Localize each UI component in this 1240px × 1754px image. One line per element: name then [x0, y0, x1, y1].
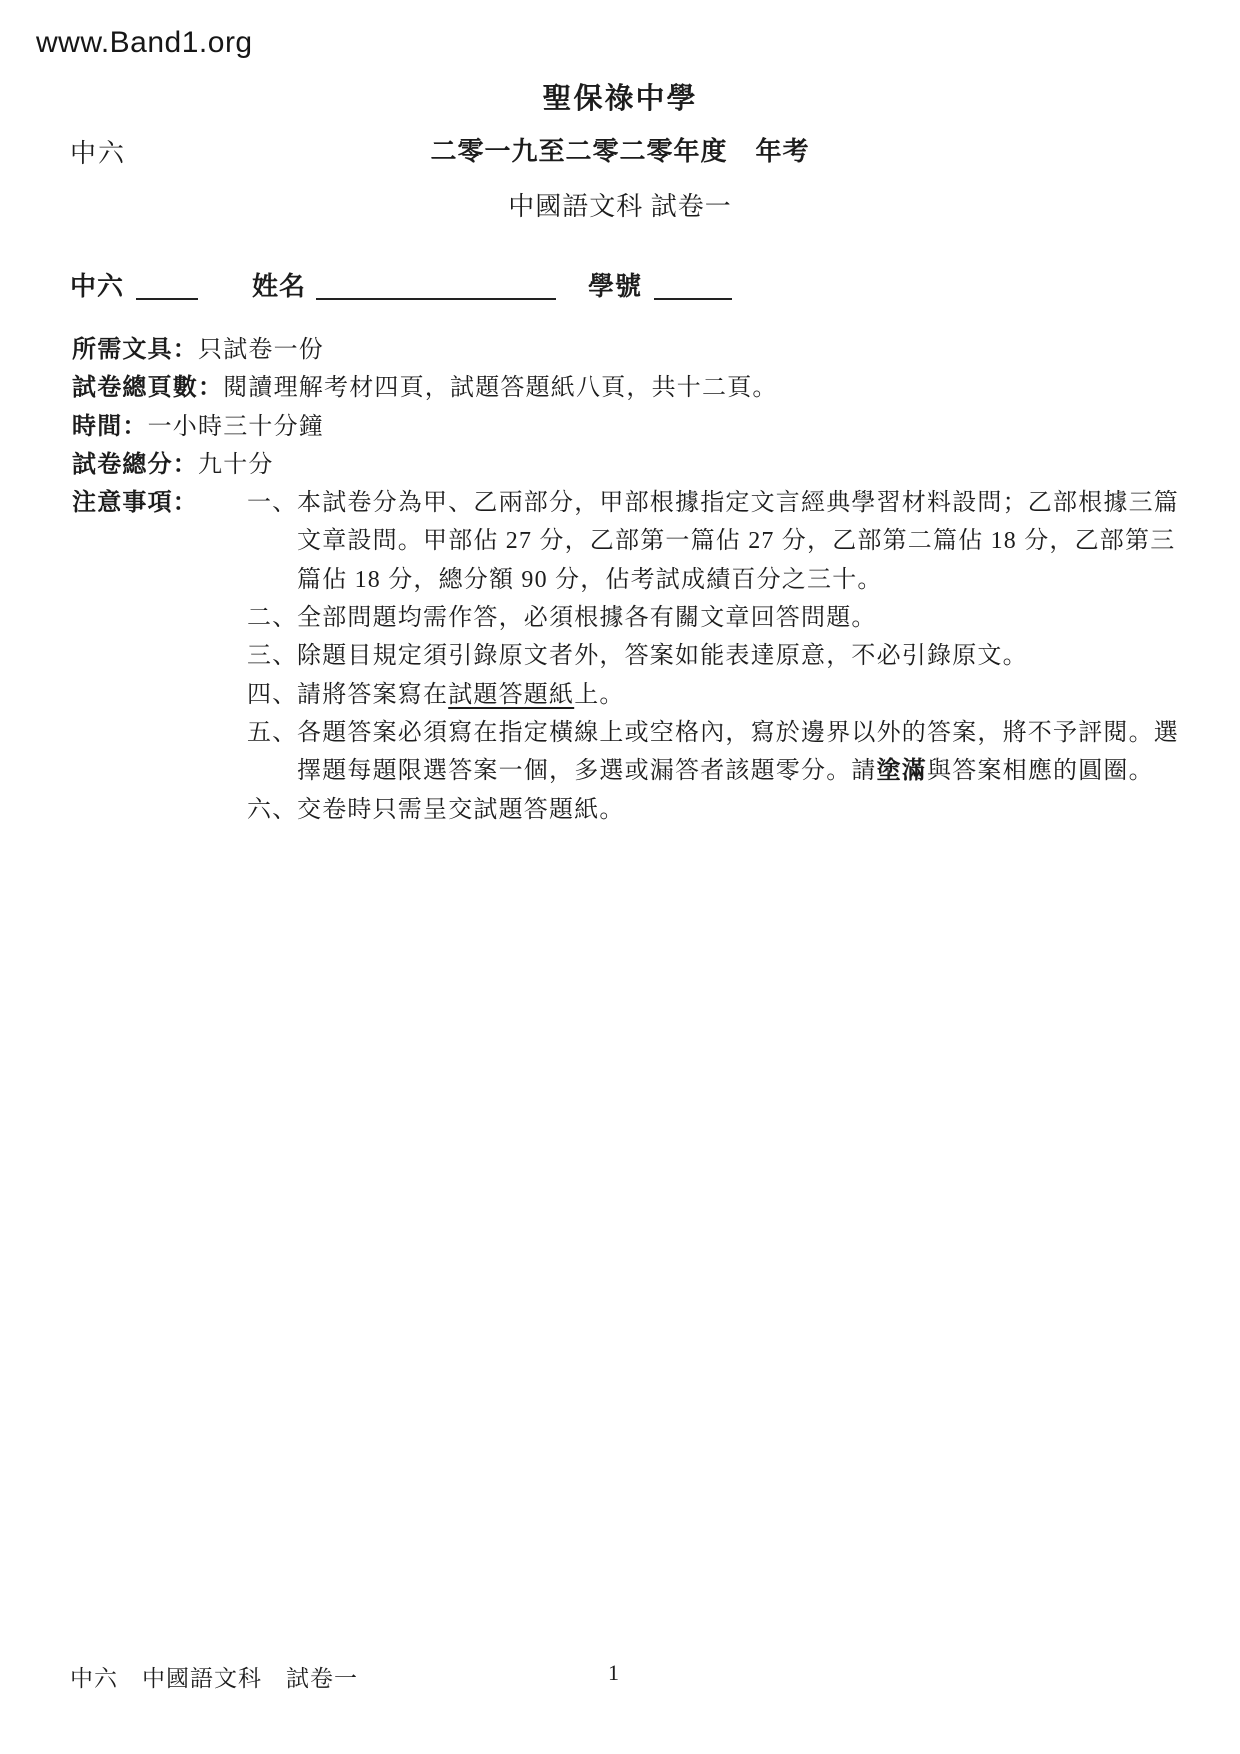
bold-text: 塗滿 [877, 758, 927, 784]
school-name: 聖保祿中學 [0, 76, 1240, 117]
notice-item: 三、除題目規定須引錄原文者外，答案如能表達原意，不必引錄原文。 [247, 637, 1192, 675]
notice-item-number: 五、 [247, 714, 297, 752]
plain-text: 擇題每題限選答案一個，多選或漏答者該題零分。請 [297, 758, 877, 784]
notice-line: 擇題每題限選答案一個，多選或漏答者該題零分。請塗滿與答案相應的圓圈。 [297, 752, 1179, 790]
exam-year-line: 二零一九至二零二零年度年考 [0, 131, 1240, 168]
total-marks-label: 試卷總分： [72, 452, 198, 478]
total-pages-label: 試卷總頁數： [72, 375, 223, 401]
stationery-label: 所需文具： [72, 337, 198, 363]
academic-year: 二零一九至二零二零年度 [430, 137, 727, 166]
exam-instructions-block: 所需文具：只試卷一份 試卷總頁數：閱讀理解考材四頁，試題答題紙八頁，共十二頁。 … [72, 331, 1192, 829]
underlined-text: 試題答題紙 [448, 682, 574, 708]
plain-text: 篇佔 18 分，總分額 90 分，佔考試成績百分之三十。 [297, 567, 883, 593]
student-info-line: 中六姓名學號 [70, 266, 732, 303]
notice-item-text: 請將答案寫在試題答題紙上。 [297, 676, 625, 714]
notice-line: 請將答案寫在試題答題紙上。 [297, 676, 625, 714]
notice-line: 全部問題均需作答，必須根據各有關文章回答問題。 [297, 599, 877, 637]
plain-text: 上。 [574, 682, 624, 708]
plain-text: 本試卷分為甲、乙兩部分，甲部根據指定文言經典學習材料設問；乙部根據三篇 [297, 490, 1179, 516]
notice-item-text: 全部問題均需作答，必須根據各有關文章回答問題。 [297, 599, 877, 637]
notice-item: 五、各題答案必須寫在指定橫線上或空格內，寫於邊界以外的答案，將不予評閱。選擇題每… [247, 714, 1192, 791]
notice-item-text: 交卷時只需呈交試題答題紙。 [297, 791, 625, 829]
footer-page-number: 1 [608, 1660, 619, 1686]
notice-item-number: 二、 [247, 599, 297, 637]
plain-text: 各題答案必須寫在指定橫線上或空格內，寫於邊界以外的答案，將不予評閱。選 [297, 720, 1179, 746]
total-pages-row: 試卷總頁數：閱讀理解考材四頁，試題答題紙八頁，共十二頁。 [72, 369, 1192, 407]
notice-line: 本試卷分為甲、乙兩部分，甲部根據指定文言經典學習材料設問；乙部根據三篇 [297, 484, 1179, 522]
exam-paper-page: www.Band1.org 聖保祿中學 中六 二零一九至二零二零年度年考 中國語… [0, 0, 1240, 1754]
notice-line: 文章設問。甲部佔 27 分，乙部第一篇佔 27 分，乙部第二篇佔 18 分，乙部… [297, 522, 1179, 560]
plain-text: 請將答案寫在 [297, 682, 448, 708]
notices-list: 一、本試卷分為甲、乙兩部分，甲部根據指定文言經典學習材料設問；乙部根據三篇文章設… [247, 484, 1192, 829]
class-blank-field [136, 274, 198, 300]
notice-line: 交卷時只需呈交試題答題紙。 [297, 791, 625, 829]
footer-paper-title: 中六 中國語文科 試卷一 [70, 1660, 358, 1693]
notice-item: 六、交卷時只需呈交試題答題紙。 [247, 791, 1192, 829]
notice-item-text: 除題目規定須引錄原文者外，答案如能表達原意，不必引錄原文。 [297, 637, 1028, 675]
notice-line: 各題答案必須寫在指定橫線上或空格內，寫於邊界以外的答案，將不予評閱。選 [297, 714, 1179, 752]
name-blank-field [316, 274, 556, 300]
plain-text: 與答案相應的圓圈。 [927, 758, 1154, 784]
name-label: 姓名 [252, 272, 306, 301]
stationery-row: 所需文具：只試卷一份 [72, 331, 1192, 369]
class-label: 中六 [70, 272, 124, 301]
time-label: 時間： [72, 414, 148, 440]
total-marks-value: 九十分 [198, 452, 274, 478]
student-number-label: 學號 [588, 272, 642, 301]
total-marks-row: 試卷總分：九十分 [72, 446, 1192, 484]
notice-item-text: 各題答案必須寫在指定橫線上或空格內，寫於邊界以外的答案，將不予評閱。選擇題每題限… [297, 714, 1179, 791]
stationery-value: 只試卷一份 [198, 337, 324, 363]
notice-line: 篇佔 18 分，總分額 90 分，佔考試成績百分之三十。 [297, 561, 1179, 599]
plain-text: 交卷時只需呈交試題答題紙。 [297, 797, 625, 823]
notice-line: 除題目規定須引錄原文者外，答案如能表達原意，不必引錄原文。 [297, 637, 1028, 675]
notices-label: 注意事項： [72, 484, 198, 522]
plain-text: 全部問題均需作答，必須根據各有關文章回答問題。 [297, 605, 877, 631]
notice-item-number: 六、 [247, 791, 297, 829]
notice-item: 一、本試卷分為甲、乙兩部分，甲部根據指定文言經典學習材料設問；乙部根據三篇文章設… [247, 484, 1192, 599]
notices-section: 注意事項： 一、本試卷分為甲、乙兩部分，甲部根據指定文言經典學習材料設問；乙部根… [72, 484, 1192, 829]
time-value: 一小時三十分鐘 [148, 414, 324, 440]
notice-item-number: 一、 [247, 484, 297, 522]
plain-text: 除題目規定須引錄原文者外，答案如能表達原意，不必引錄原文。 [297, 643, 1028, 669]
notice-item-number: 三、 [247, 637, 297, 675]
watermark-url: www.Band1.org [36, 26, 253, 60]
notice-item-text: 本試卷分為甲、乙兩部分，甲部根據指定文言經典學習材料設問；乙部根據三篇文章設問。… [297, 484, 1179, 599]
time-row: 時間：一小時三十分鐘 [72, 408, 1192, 446]
notice-item-number: 四、 [247, 676, 297, 714]
exam-name: 年考 [756, 137, 810, 166]
notice-item: 二、全部問題均需作答，必須根據各有關文章回答問題。 [247, 599, 1192, 637]
plain-text: 文章設問。甲部佔 27 分，乙部第一篇佔 27 分，乙部第二篇佔 18 分，乙部… [297, 528, 1175, 554]
notice-item: 四、請將答案寫在試題答題紙上。 [247, 676, 1192, 714]
student-number-blank-field [654, 274, 732, 300]
subject-paper-title: 中國語文科 試卷一 [0, 186, 1240, 223]
total-pages-value: 閱讀理解考材四頁，試題答題紙八頁，共十二頁。 [223, 375, 777, 401]
